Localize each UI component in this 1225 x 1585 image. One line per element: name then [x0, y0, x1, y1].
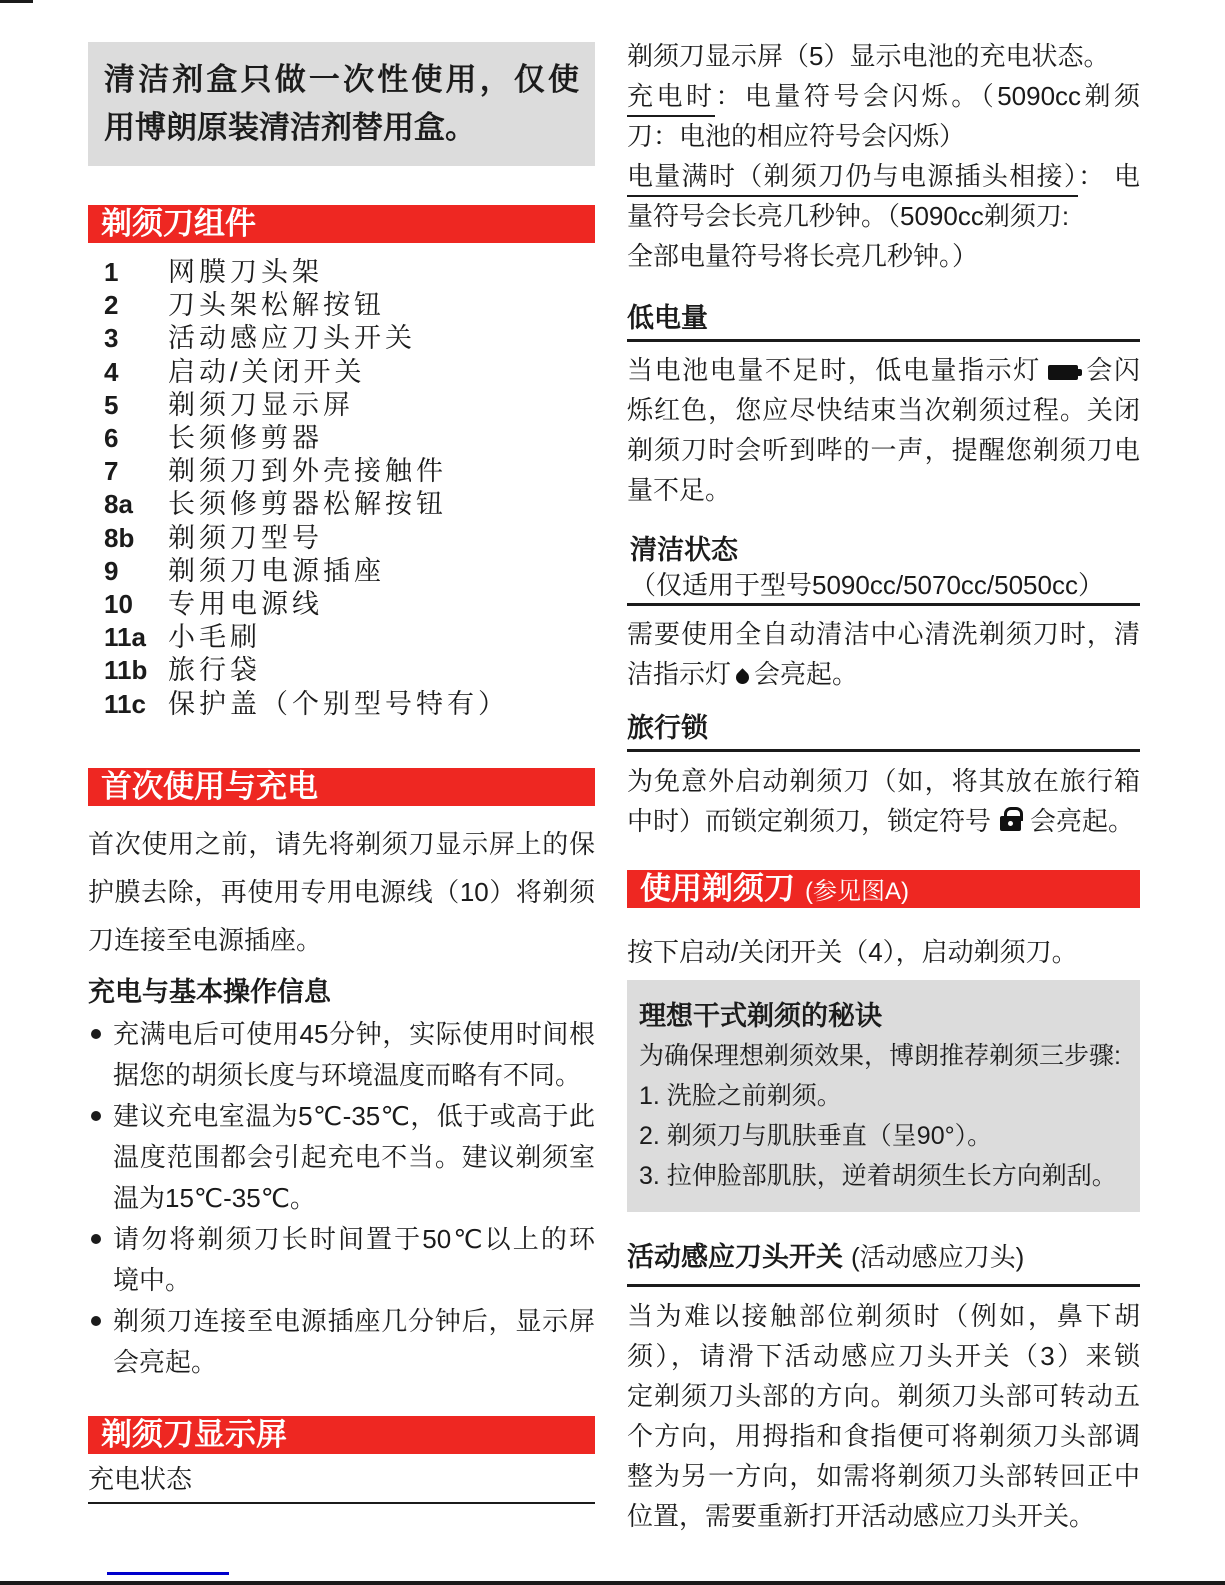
- part-row: 6长须修剪器: [88, 422, 595, 455]
- paragraph-line: 量符号会长亮几秒钟。（5090cc剃须刀:: [627, 196, 1140, 236]
- low-battery-icon: [1048, 365, 1078, 380]
- paragraph-line: 须），请滑下活动感应刀头开关（3）来锁: [627, 1336, 1140, 1376]
- footer-link[interactable]: [107, 1572, 229, 1575]
- paragraph-line: 刀连接至电源插座。: [88, 916, 595, 964]
- part-row: 11b旅行袋: [88, 654, 595, 687]
- part-row: 8b剃须刀型号: [88, 522, 595, 555]
- pivot-head-paragraph: 当为难以接触部位剃须时（例如，鼻下胡 须），请滑下活动感应刀头开关（3）来锁 定…: [627, 1296, 1140, 1536]
- charging-info-heading: 充电与基本操作信息: [88, 972, 595, 1012]
- part-row: 9剃须刀电源插座: [88, 555, 595, 588]
- paragraph-line: 会亮起。: [113, 1342, 595, 1383]
- pivot-head-heading: 活动感应刀头开关(活动感应刀头): [627, 1241, 1140, 1287]
- crop-mark: [0, 0, 33, 3]
- list-item: 剃须刀连接至电源插座几分钟后，显示屏 会亮起。: [88, 1301, 595, 1383]
- part-number: 8a: [88, 488, 168, 521]
- part-row: 7剃须刀到外壳接触件: [88, 455, 595, 488]
- part-number: 11c: [88, 688, 168, 721]
- paragraph-line: 建议充电室温为5℃-35℃，低于或高于此: [113, 1096, 595, 1137]
- part-number: 2: [88, 289, 168, 322]
- paragraph-line: 洁指示灯会亮起。: [627, 654, 1140, 694]
- parts-list: 1网膜刀头架 2刀头架松解按钮 3活动感应刀头开关 4启动/关闭开关 5剃须刀显…: [88, 256, 595, 721]
- part-number: 5: [88, 389, 168, 422]
- low-battery-heading: 低电量: [627, 302, 1140, 342]
- list-item: 请勿将剃须刀长时间置于50℃以上的环 境中。: [88, 1219, 595, 1301]
- part-row: 1网膜刀头架: [88, 256, 595, 289]
- tips-step: 3. 拉伸脸部肌肤，逆着胡须生长方向剃刮。: [639, 1156, 1128, 1196]
- part-number: 6: [88, 422, 168, 455]
- part-row: 3活动感应刀头开关: [88, 322, 595, 355]
- notice-box: 清洁剂盒只做一次性使用，仅使 用博朗原装清洁剂替用盒。: [88, 42, 595, 166]
- part-number: 1: [88, 256, 168, 289]
- tips-step: 2. 剃须刀与肌肤垂直（呈90°）。: [639, 1116, 1128, 1156]
- paragraph-line: 整为另一方向，如需将剃须刀头部转回正中: [627, 1456, 1140, 1496]
- paragraph-line: 据您的胡须长度与环境温度而略有不同。: [113, 1055, 595, 1096]
- paragraph-line: 温度范围都会引起充电不当。建议剃须室: [113, 1137, 595, 1178]
- paragraph-line: 首次使用之前，请先将剃须刀显示屏上的保: [88, 820, 595, 868]
- section-header-using-shaver: 使用剃须刀 (参见图A): [627, 870, 1140, 908]
- paragraph-line: 刀：电池的相应符号会闪烁）: [627, 116, 1140, 156]
- notice-line: 清洁剂盒只做一次性使用，仅使: [104, 56, 579, 104]
- paragraph-line: 剃须刀连接至电源插座几分钟后，显示屏: [113, 1301, 595, 1342]
- dry-shave-tips-box: 理想干式剃须的秘诀 为确保理想剃须效果，博朗推荐剃须三步骤: 1. 洗脸之前剃须…: [627, 980, 1140, 1212]
- paragraph-line: 剃须刀时会听到哔的一声，提醒您剃须刀电: [627, 430, 1140, 470]
- paragraph-line: 定剃须刀头部的方向。剃须刀头部可转动五: [627, 1376, 1140, 1416]
- paragraph-line: 当为难以接触部位剃须时（例如，鼻下胡: [627, 1296, 1140, 1336]
- list-item: 充满电后可使用45分钟，实际使用时间根 据您的胡须长度与环境温度而略有不同。: [88, 1014, 595, 1096]
- section-title-note: (参见图A): [805, 873, 909, 911]
- part-number: 10: [88, 588, 168, 621]
- paragraph-line: 全部电量符号将长亮几秒钟。）: [627, 236, 1140, 276]
- part-label: 保护盖（个别型号特有）: [168, 688, 509, 721]
- paragraph-line: 护膜去除，再使用专用电源线（10）将剃须: [88, 868, 595, 916]
- paragraph-line: 充电时：电量符号会闪烁。（5090cc剃须: [627, 76, 1140, 116]
- bullet-icon: [91, 1111, 101, 1121]
- right-column: 剃须刀显示屏（5）显示电池的充电状态。 充电时：电量符号会闪烁。（5090cc剃…: [627, 0, 1140, 1536]
- part-label: 活动感应刀头开关: [168, 322, 416, 355]
- cleaning-models-note: （仅适用于型号5090cc/5070cc/5050cc）: [627, 570, 1140, 606]
- notice-line: 用博朗原装清洁剂替用盒。: [104, 104, 579, 152]
- paragraph-line: 请勿将剃须刀长时间置于50℃以上的环: [113, 1219, 595, 1260]
- part-row: 4启动/关闭开关: [88, 356, 595, 389]
- section-header-shaver-parts: 剃须刀组件: [88, 205, 595, 243]
- tips-intro: 为确保理想剃须效果，博朗推荐剃须三步骤:: [639, 1036, 1128, 1076]
- paragraph-line: 充满电后可使用45分钟，实际使用时间根: [113, 1014, 595, 1055]
- charging-bullet-list: 充满电后可使用45分钟，实际使用时间根 据您的胡须长度与环境温度而略有不同。 建…: [88, 1014, 595, 1383]
- part-label: 剃须刀显示屏: [168, 389, 354, 422]
- part-row: 8a长须修剪器松解按钮: [88, 488, 595, 521]
- paragraph-line: 烁红色，您应尽快结束当次剃须过程。关闭: [627, 390, 1140, 430]
- bullet-icon: [91, 1316, 101, 1326]
- paragraph-line: 个方向，用拇指和食指便可将剃须刀头部调: [627, 1416, 1140, 1456]
- part-label: 专用电源线: [168, 588, 323, 621]
- part-label: 剃须刀电源插座: [168, 555, 385, 588]
- part-label: 剃须刀到外壳接触件: [168, 455, 447, 488]
- paragraph-line: 境中。: [113, 1260, 595, 1301]
- part-row: 11a小毛刷: [88, 621, 595, 654]
- cleaning-paragraph: 需要使用全自动清洁中心清洗剃须刀时，清 洁指示灯会亮起。: [627, 614, 1140, 694]
- part-row: 11c保护盖（个别型号特有）: [88, 688, 595, 721]
- tips-step: 1. 洗脸之前剃须。: [639, 1076, 1128, 1116]
- part-number: 9: [88, 555, 168, 588]
- bullet-icon: [91, 1029, 101, 1039]
- part-label: 长须修剪器: [168, 422, 323, 455]
- part-row: 10专用电源线: [88, 588, 595, 621]
- part-label: 小毛刷: [168, 621, 261, 654]
- paragraph-line: 电量满时（剃须刀仍与电源插头相接）： 电: [627, 156, 1140, 196]
- travel-lock-heading: 旅行锁: [627, 712, 1140, 752]
- part-label: 网膜刀头架: [168, 256, 323, 289]
- part-label: 刀头架松解按钮: [168, 289, 385, 322]
- paragraph-line: 温为15℃-35℃。: [113, 1178, 595, 1219]
- list-item: 建议充电室温为5℃-35℃，低于或高于此 温度范围都会引起充电不当。建议剃须室 …: [88, 1096, 595, 1219]
- part-number: 11b: [88, 654, 168, 687]
- lock-icon: [1000, 816, 1021, 831]
- paragraph-line: 位置，需要重新打开活动感应刀头开关。: [627, 1496, 1140, 1536]
- charging-status-label: 充电状态: [88, 1462, 595, 1504]
- underlined-text: 电量满时（剃须刀仍与电源插头相接）: [627, 161, 1078, 197]
- part-row: 2刀头架松解按钮: [88, 289, 595, 322]
- paragraph-line: 为免意外启动剃须刀（如，将其放在旅行箱: [627, 761, 1140, 801]
- part-label: 长须修剪器松解按钮: [168, 488, 447, 521]
- paragraph-line: 当电池电量不足时，低电量指示灯会闪: [627, 350, 1140, 390]
- part-number: 8b: [88, 522, 168, 555]
- section-title: 使用剃须刀: [640, 870, 795, 908]
- travel-lock-paragraph: 为免意外启动剃须刀（如，将其放在旅行箱 中时）而锁定剃须刀，锁定符号会亮起。: [627, 761, 1140, 841]
- part-number: 11a: [88, 621, 168, 654]
- usage-intro-line: 按下启动/关闭开关（4），启动剃须刀。: [627, 932, 1140, 972]
- section-header-shaver-display: 剃须刀显示屏: [88, 1416, 595, 1454]
- part-label: 剃须刀型号: [168, 522, 323, 555]
- part-label: 旅行袋: [168, 654, 261, 687]
- display-status-paragraph: 剃须刀显示屏（5）显示电池的充电状态。 充电时：电量符号会闪烁。（5090cc剃…: [627, 36, 1140, 276]
- part-label: 启动/关闭开关: [168, 356, 366, 389]
- paragraph-line: 量不足。: [627, 470, 1140, 510]
- part-number: 4: [88, 356, 168, 389]
- tips-heading: 理想干式剃须的秘诀: [639, 996, 1128, 1036]
- part-number: 7: [88, 455, 168, 488]
- part-row: 5剃须刀显示屏: [88, 389, 595, 422]
- bullet-icon: [91, 1234, 101, 1244]
- cleaning-drop-icon: [733, 668, 751, 686]
- section-header-first-use: 首次使用与充电: [88, 768, 595, 806]
- page-bottom-rule: [0, 1581, 1225, 1585]
- paragraph-line: 需要使用全自动清洁中心清洗剃须刀时，清: [627, 614, 1140, 654]
- paragraph-line: 中时）而锁定剃须刀，锁定符号会亮起。: [627, 801, 1140, 841]
- low-battery-paragraph: 当电池电量不足时，低电量指示灯会闪 烁红色，您应尽快结束当次剃须过程。关闭 剃须…: [627, 350, 1140, 510]
- part-number: 3: [88, 322, 168, 355]
- first-use-intro: 首次使用之前，请先将剃须刀显示屏上的保 护膜去除，再使用专用电源线（10）将剃须…: [88, 820, 595, 964]
- paragraph-line: 剃须刀显示屏（5）显示电池的充电状态。: [627, 36, 1140, 76]
- cleaning-status-heading: 清洁状态: [627, 534, 1140, 566]
- left-column: 清洁剂盒只做一次性使用，仅使 用博朗原装清洁剂替用盒。 剃须刀组件 1网膜刀头架…: [88, 0, 595, 1504]
- underlined-text: 充电时: [627, 81, 715, 117]
